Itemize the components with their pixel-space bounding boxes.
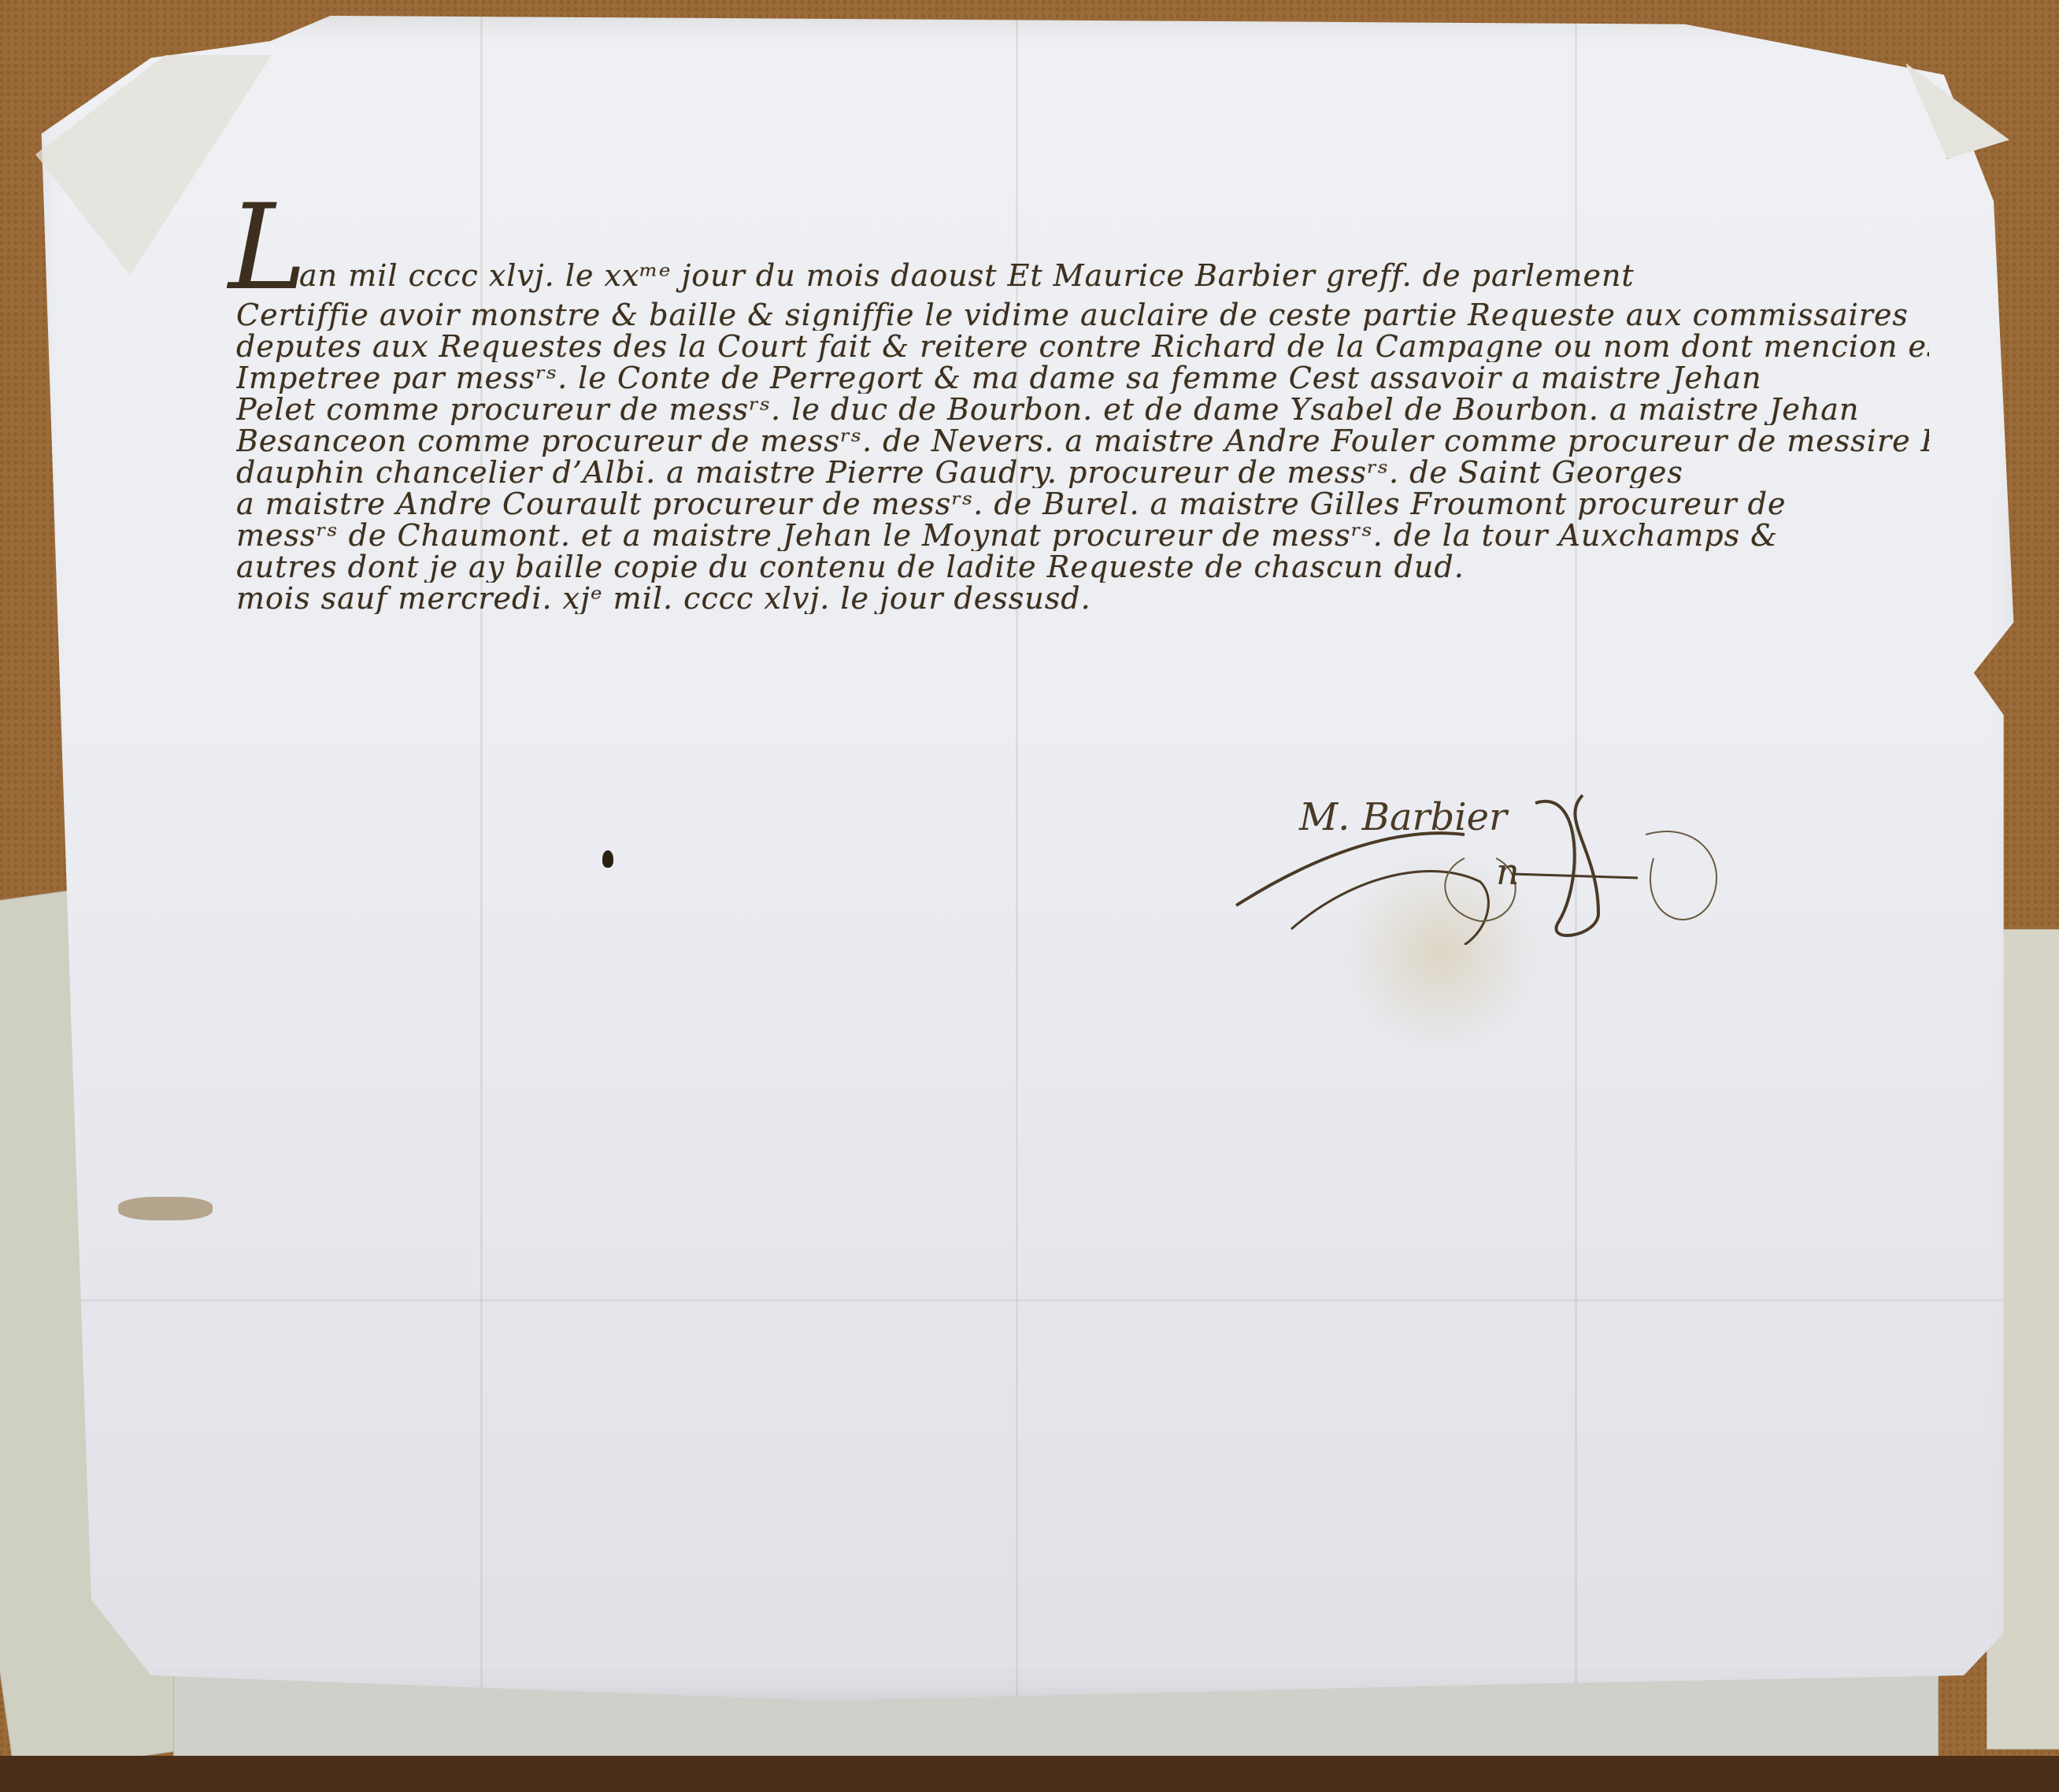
text-line-3: deputes aux Requestes des la Court fait …: [236, 331, 1929, 362]
text-line-7: dauphin chancelier d’Albi. a maistre Pie…: [236, 457, 1929, 488]
manuscript-text: L an mil cccc xlvj. le xxᵐᵉ jour du mois…: [236, 236, 1929, 614]
text-line-4: Impetree par messʳˢ. le Conte de Perrego…: [236, 362, 1929, 394]
fold-line: [31, 1299, 2024, 1301]
text-line-2: Certiffie avoir monstre & baille & signi…: [236, 299, 1929, 331]
text-line-5: Pelet comme procureur de messʳˢ. le duc …: [236, 394, 1929, 425]
paraph-initial: n: [1496, 850, 1520, 893]
ink-stain-left: [118, 1197, 213, 1220]
text-line-1: an mil cccc xlvj. le xxᵐᵉ jour du mois d…: [299, 236, 1929, 299]
text-line-9: messʳˢ de Chaumont. et a maistre Jehan l…: [236, 520, 1929, 551]
signature-block: M. Barbier n: [1228, 787, 1740, 945]
signature-name: M. Barbier: [1299, 795, 1507, 839]
text-line-10: autres dont je ay baille copie du conten…: [236, 551, 1929, 583]
ink-blot: [602, 850, 613, 868]
text-line-6: Besanceon comme procureur de messʳˢ. de …: [236, 425, 1929, 457]
table-shadow: [0, 1756, 2059, 1792]
text-line-8: a maistre Andre Courault procureur de me…: [236, 488, 1929, 520]
initial-letter: L: [228, 189, 307, 307]
text-line-11: mois sauf mercredi. xjᵉ mil. cccc xlvj. …: [236, 583, 1929, 614]
